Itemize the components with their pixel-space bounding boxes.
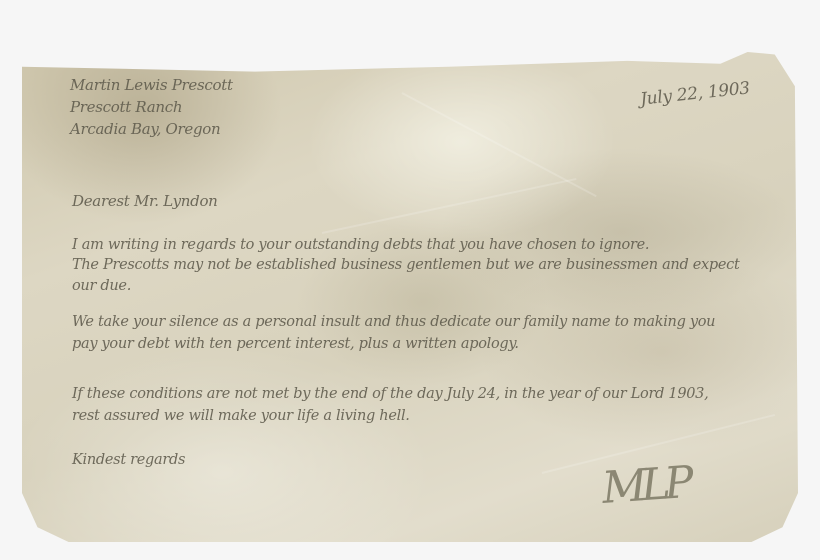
sender-address: Martin Lewis Prescott Prescott Ranch Arc… — [70, 74, 233, 140]
sender-location: Arcadia Bay, Oregon — [70, 118, 233, 140]
letter-paper: Martin Lewis Prescott Prescott Ranch Arc… — [22, 52, 798, 542]
salutation: Dearest Mr. Lyndon — [72, 192, 218, 210]
paragraph-3-line-1: If these conditions are not met by the e… — [72, 386, 708, 402]
paragraph-1-line-2: The Prescotts may not be established bus… — [72, 257, 740, 273]
paragraph-1-line-1: I am writing in regards to your outstand… — [72, 237, 649, 253]
signature: MLP — [600, 457, 689, 514]
paper-crease — [322, 178, 577, 234]
letter-date: July 22, 1903 — [639, 78, 751, 109]
paragraph-1-line-3: our due. — [72, 278, 131, 294]
paragraph-3-line-2: rest assured we will make your life a li… — [72, 408, 410, 424]
sender-ranch: Prescott Ranch — [70, 96, 233, 118]
sender-name: Martin Lewis Prescott — [70, 74, 233, 96]
closing: Kindest regards — [72, 452, 185, 468]
paragraph-2-line-1: We take your silence as a personal insul… — [72, 314, 715, 330]
paragraph-2-line-2: pay your debt with ten percent interest,… — [72, 336, 519, 352]
